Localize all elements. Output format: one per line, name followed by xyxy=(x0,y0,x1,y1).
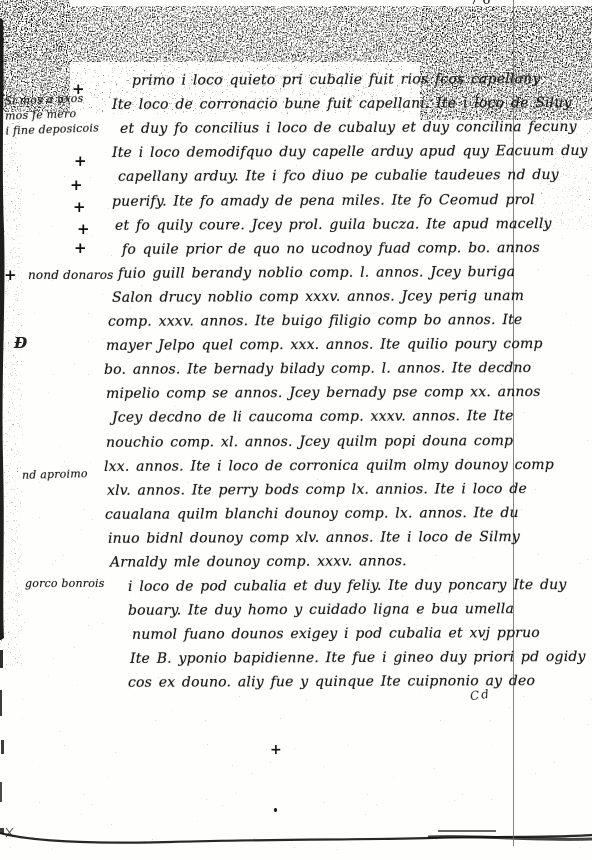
manuscript-scan-page: 76 + Si mos a uxos mos fe mero i fine de… xyxy=(0,0,592,860)
folio-number: 76 xyxy=(470,0,495,8)
manuscript-line: Arnaldy mle dounoy comp. xxxv. annos. xyxy=(110,553,407,570)
manuscript-line: i loco de pod cubalia et duy feliy. Ite … xyxy=(128,577,567,595)
manuscript-line: bouary. Ite duy homo y cuidado ligna e b… xyxy=(128,601,514,619)
margin-cross: + xyxy=(74,239,87,257)
manuscript-line: Ite i loco demodifquo duy capelle arduy … xyxy=(112,143,588,161)
manuscript-line: capellany arduy. Ite i fco diuo pe cubal… xyxy=(118,167,559,185)
manuscript-line: puerify. Ite fo amady de pena miles. Ite… xyxy=(112,192,535,210)
bottom-center-cross: + xyxy=(270,742,282,758)
scribal-end-mark: Cd xyxy=(469,687,492,704)
manuscript-line: mayer Jelpo quel comp. xxx. annos. Ite q… xyxy=(106,336,543,354)
margin-cross: + xyxy=(77,220,90,238)
manuscript-line: et duy fo concilius i loco de cubaluy et… xyxy=(120,119,577,137)
margin-note-upper: Si mos a uxos mos fe mero i fine deposic… xyxy=(4,90,99,138)
margin-cross: + xyxy=(73,198,86,216)
manuscript-line: nouchio comp. xl. annos. Jcey quilm popi… xyxy=(106,433,513,451)
manuscript-line: Ite B. yponio bapidienne. Ite fue i gine… xyxy=(130,649,586,667)
scan-edge-left xyxy=(0,18,4,834)
manuscript-line: bo. annos. Ite bernady bilady comp. l. a… xyxy=(104,360,531,378)
margin-paragraph-mark: Đ xyxy=(14,334,27,352)
manuscript-line: primo i loco quieto pri cubalie fuit rio… xyxy=(132,71,541,89)
manuscript-line: Ite loco de corronacio bune fuit capella… xyxy=(112,95,572,113)
margin-cross: + xyxy=(74,152,87,170)
margin-note-lower: gorco bonrois xyxy=(25,577,105,590)
manuscript-line: xlv. annos. Ite perry bods comp lx. anni… xyxy=(107,481,527,499)
margin-cross-donors: + xyxy=(4,266,17,284)
margin-note-mid: nd aproimo xyxy=(22,467,88,482)
margin-note-donors: nond donaros xyxy=(28,268,114,282)
manuscript-line: mipelio comp se annos. Jcey bernady pse … xyxy=(106,384,541,402)
manuscript-line: et fo quily coure. Jcey prol. guila bucz… xyxy=(115,216,552,234)
manuscript-line: caualana quilm blanchi dounoy comp. lx. … xyxy=(105,505,519,523)
manuscript-line: Jcey decdno de li caucoma comp. xxxv. an… xyxy=(112,408,514,426)
manuscript-line: comp. xxxv. annos. Ite buigo filigio com… xyxy=(108,312,522,330)
manuscript-line: lxx. annos. Ite i loco de corronica quil… xyxy=(104,457,554,475)
manuscript-line: inuo bidnl dounoy comp xlv. annos. Ite i… xyxy=(108,529,520,547)
manuscript-line: Salon drucy noblio comp xxxv. annos. Jce… xyxy=(112,288,524,306)
manuscript-line: fo quile prior de quo no ucodnoy fuad co… xyxy=(122,240,540,258)
margin-note-upper-line: i fine deposicois xyxy=(5,120,99,138)
margin-cross: + xyxy=(70,176,83,194)
ink-dot xyxy=(274,808,277,812)
manuscript-line: fuio guill berandy noblio comp. l. annos… xyxy=(118,264,515,282)
manuscript-line: numol fuano dounos exigey i pod cubalia … xyxy=(132,625,540,643)
page-bottom-edge xyxy=(0,828,592,843)
